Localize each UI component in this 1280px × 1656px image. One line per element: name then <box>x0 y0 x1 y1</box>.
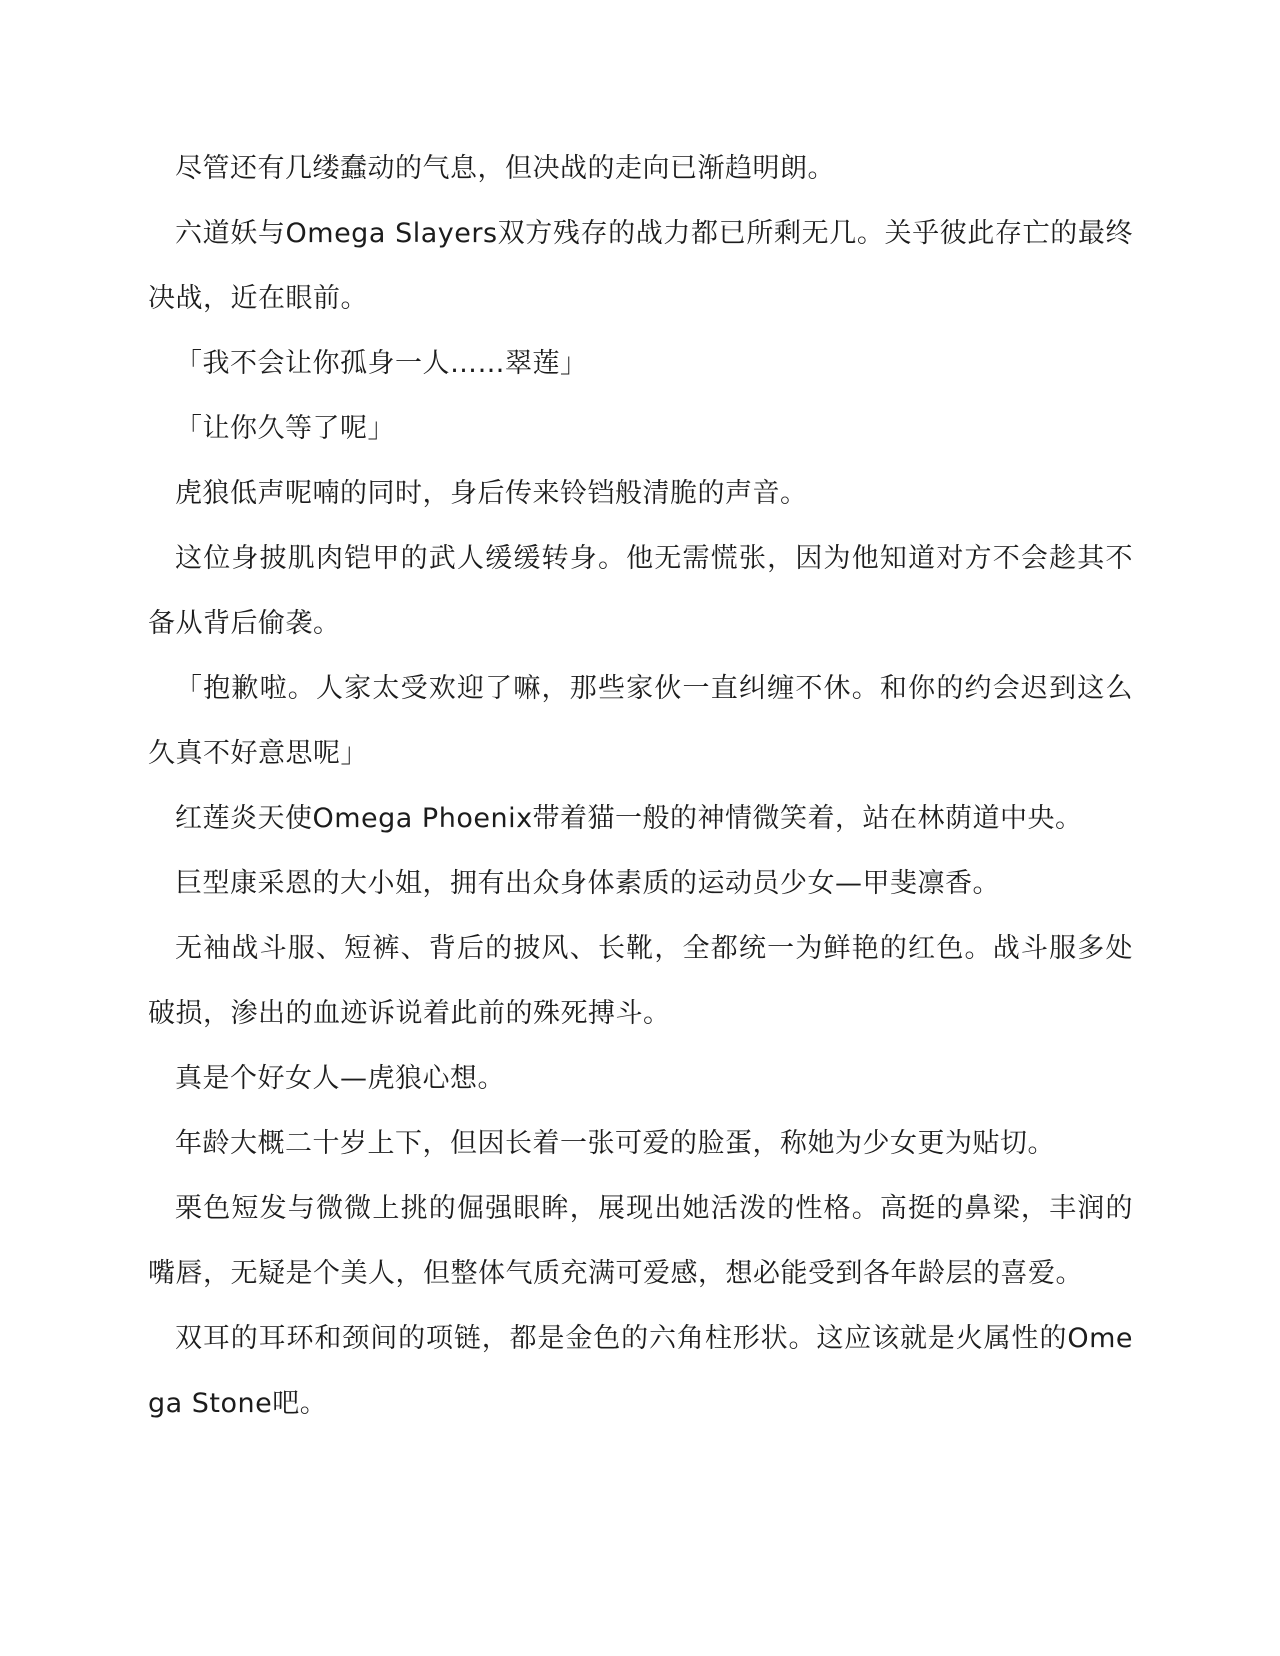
novel-page: 尽管还有几缕蠢动的气息，但决战的走向已渐趋明朗。 六道妖与Omega Slaye… <box>0 0 1280 1656</box>
paragraph: 虎狼低声呢喃的同时，身后传来铃铛般清脆的声音。 <box>148 461 1133 526</box>
paragraph: 红莲炎天使Omega Phoenix带着猫一般的神情微笑着，站在林荫道中央。 <box>148 786 1133 851</box>
paragraph: 尽管还有几缕蠢动的气息，但决战的走向已渐趋明朗。 <box>148 136 1133 201</box>
paragraph: 这位身披肌肉铠甲的武人缓缓转身。他无需慌张，因为他知道对方不会趁其不备从背后偷袭… <box>148 526 1133 656</box>
paragraph: 巨型康采恩的大小姐，拥有出众身体素质的运动员少女—甲斐凛香。 <box>148 851 1133 916</box>
novel-text-body: 尽管还有几缕蠢动的气息，但决战的走向已渐趋明朗。 六道妖与Omega Slaye… <box>148 136 1133 1436</box>
paragraph-dialogue: 「抱歉啦。人家太受欢迎了嘛，那些家伙一直纠缠不休。和你的约会迟到这么久真不好意思… <box>148 656 1133 786</box>
paragraph: 栗色短发与微微上挑的倔强眼眸，展现出她活泼的性格。高挺的鼻梁，丰润的嘴唇，无疑是… <box>148 1176 1133 1306</box>
paragraph-dialogue: 「让你久等了呢」 <box>148 396 1133 461</box>
paragraph: 无袖战斗服、短裤、背后的披风、长靴，全都统一为鲜艳的红色。战斗服多处破损，渗出的… <box>148 916 1133 1046</box>
paragraph: 真是个好女人—虎狼心想。 <box>148 1046 1133 1111</box>
paragraph: 双耳的耳环和颈间的项链，都是金色的六角柱形状。这应该就是火属性的Omega St… <box>148 1306 1133 1436</box>
paragraph: 六道妖与Omega Slayers双方残存的战力都已所剩无几。关乎彼此存亡的最终… <box>148 201 1133 331</box>
paragraph: 年龄大概二十岁上下，但因长着一张可爱的脸蛋，称她为少女更为贴切。 <box>148 1111 1133 1176</box>
paragraph-dialogue: 「我不会让你孤身一人……翠莲」 <box>148 331 1133 396</box>
